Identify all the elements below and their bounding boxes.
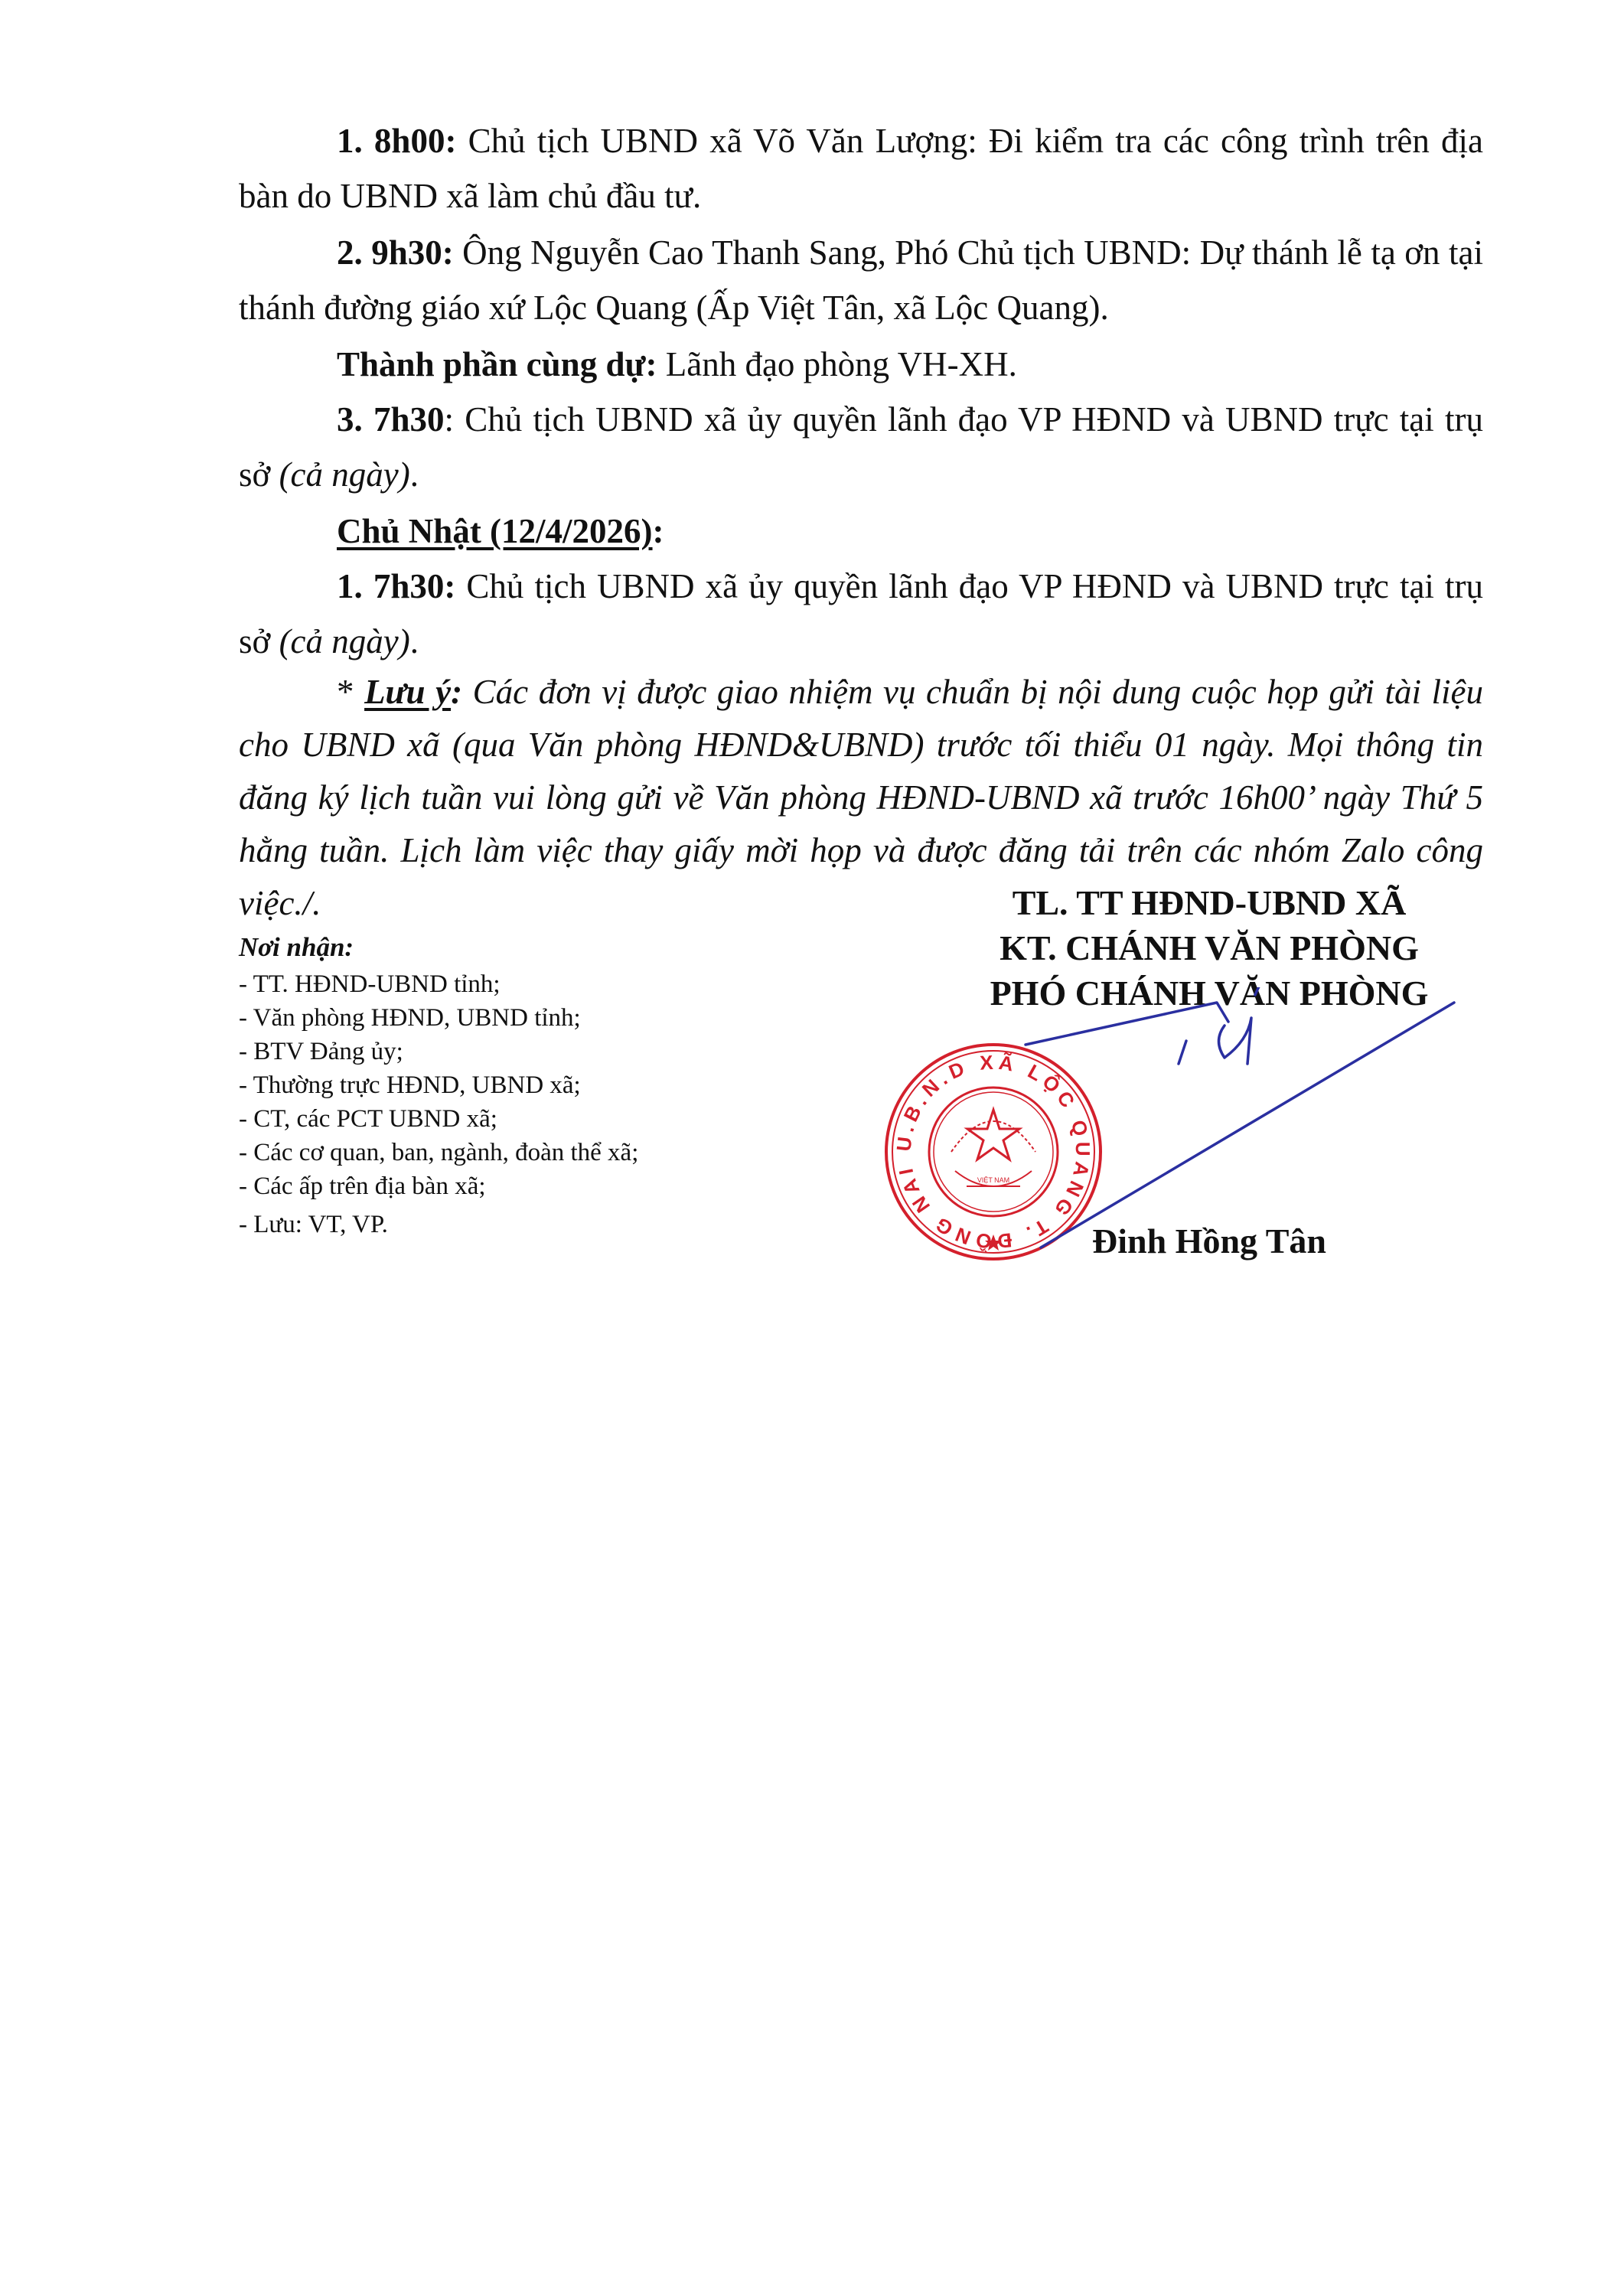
attendees: Thành phần cùng dự: Lãnh đạo phòng VH-XH… <box>239 337 1483 392</box>
signature-line-2: KT. CHÁNH VĂN PHÒNG <box>918 925 1500 970</box>
note-colon: : <box>451 673 462 711</box>
recipients: Nơi nhận: - TT. HĐND-UBND tỉnh; - Văn ph… <box>239 932 638 1241</box>
recipient-item: - Thường trực HĐND, UBND xã; <box>239 1068 638 1102</box>
item-tail: . <box>410 622 419 660</box>
item-label: 1. 7h30: <box>337 567 455 605</box>
item-label: 1. 8h00: <box>337 122 456 160</box>
item-tail: . <box>410 455 419 494</box>
item-italic: (cả ngày) <box>279 622 410 660</box>
item-3: 3. 7h30: Chủ tịch UBND xã ủy quyền lãnh … <box>239 392 1483 502</box>
sunday-heading: Chủ Nhật (12/4/2026) <box>337 512 653 550</box>
note-star: * <box>337 673 364 711</box>
sunday-item-1: 1. 7h30: Chủ tịch UBND xã ủy quyền lãnh … <box>239 559 1483 669</box>
attendees-label: Thành phần cùng dự: <box>337 345 657 383</box>
sunday-section: Chủ Nhật (12/4/2026): <box>239 504 1483 559</box>
item-2: 2. 9h30: Ông Nguyễn Cao Thanh Sang, Phó … <box>239 225 1483 335</box>
item-italic: (cả ngày) <box>279 455 410 494</box>
recipient-item: - TT. HĐND-UBND tỉnh; <box>239 967 638 1001</box>
recipient-item: - Các ấp trên địa bàn xã; <box>239 1169 638 1203</box>
recipient-item: - Các cơ quan, ban, ngành, đoàn thể xã; <box>239 1136 638 1169</box>
item-1: 1. 8h00: Chủ tịch UBND xã Võ Văn Lượng: … <box>239 113 1483 223</box>
signer-name: Đinh Hồng Tân <box>918 1221 1500 1261</box>
item-label: 3. 7h30 <box>337 400 445 439</box>
sunday-heading-colon: : <box>653 512 664 550</box>
item-label: 2. 9h30: <box>337 233 454 272</box>
attendees-text: Lãnh đạo phòng VH-XH. <box>657 345 1016 383</box>
recipients-title: Nơi nhận: <box>239 932 638 963</box>
signature-line-1: TL. TT HĐND-UBND XÃ <box>918 880 1500 925</box>
recipient-item: - CT, các PCT UBND xã; <box>239 1102 638 1136</box>
note-label: Lưu ý <box>364 673 451 711</box>
recipient-item: - Lưu: VT, VP. <box>239 1208 638 1241</box>
recipient-item: - Văn phòng HĐND, UBND tỉnh; <box>239 1001 638 1035</box>
recipient-item: - BTV Đảng ủy; <box>239 1035 638 1068</box>
